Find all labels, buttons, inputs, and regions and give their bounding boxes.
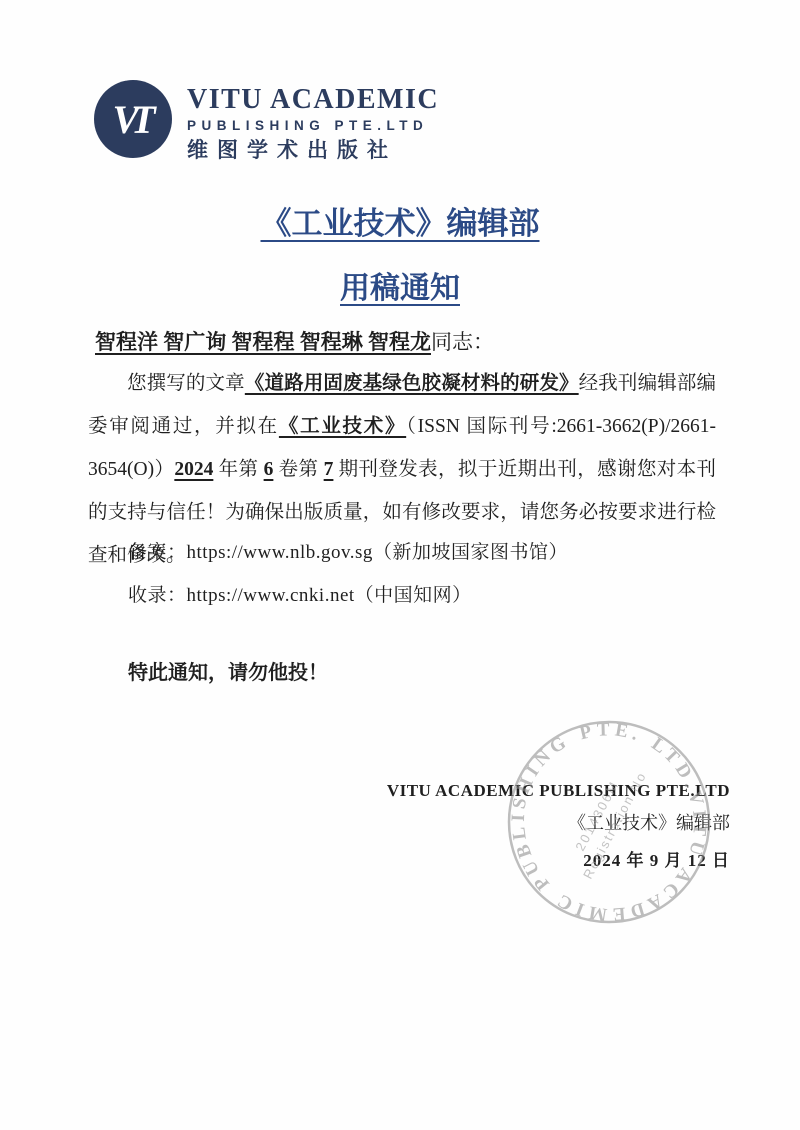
record-url: https://www.cnki.net xyxy=(187,585,355,606)
journal-name: 《工业技术》 xyxy=(279,416,406,437)
volume-number: 6 xyxy=(264,459,274,480)
letter-title-notice: 用稿通知 xyxy=(0,263,800,307)
para-run: 您撰写的文章 xyxy=(127,373,245,394)
article-title: 《道路用固废基绿色胶凝材料的研发》 xyxy=(245,373,579,394)
publisher-name-en: VITU ACADEMIC xyxy=(187,85,439,115)
para-run: 卷第 xyxy=(273,459,323,480)
archive-record-line: 备案：https://www.nlb.gov.sg（新加坡国家图书馆） xyxy=(128,537,568,564)
author-names: 智程洋 智广询 智程程 智程琳 智程龙 xyxy=(95,330,431,354)
record-url: https://www.nlb.gov.sg xyxy=(187,542,373,563)
vt-monogram-letters: VT xyxy=(112,96,147,143)
record-note: （新加坡国家图书馆） xyxy=(373,542,568,563)
publisher-logo-text: VITU ACADEMIC PUBLISHING PTE.LTD 维图学术出版社 xyxy=(187,80,439,163)
signature-date: 2024 年 9 月 12 日 xyxy=(387,850,730,872)
publisher-logo: VT VITU ACADEMIC PUBLISHING PTE.LTD 维图学术… xyxy=(94,80,439,163)
record-note: （中国知网） xyxy=(355,585,472,606)
publisher-name-cn: 维图学术出版社 xyxy=(187,137,439,163)
para-run: 年第 xyxy=(213,459,263,480)
salutation-line: 智程洋 智广询 智程程 智程琳 智程龙同志： xyxy=(95,326,494,356)
index-record-line: 收录：https://www.cnki.net（中国知网） xyxy=(128,580,472,607)
vt-monogram-icon: VT xyxy=(94,80,172,158)
signature-department: 《工业技术》编辑部 xyxy=(387,811,730,835)
publish-year: 2024 xyxy=(174,459,213,480)
letter-title-notice-text: 用稿通知 xyxy=(340,272,460,305)
record-label: 备案： xyxy=(128,542,187,563)
issue-number: 7 xyxy=(324,459,334,480)
letter-title-department-text: 《工业技术》编辑部 xyxy=(261,206,540,241)
record-label: 收录： xyxy=(128,585,187,606)
closing-statement: 特此通知，请勿他投！ xyxy=(128,656,328,685)
signature-block: VITU ACADEMIC PUBLISHING PTE.LTD 《工业技术》编… xyxy=(387,780,730,872)
acceptance-letter-page: VT VITU ACADEMIC PUBLISHING PTE.LTD 维图学术… xyxy=(0,0,800,1130)
salutation-suffix: 同志： xyxy=(431,330,494,354)
signature-company: VITU ACADEMIC PUBLISHING PTE.LTD xyxy=(387,780,730,801)
letter-title-department: 《工业技术》编辑部 xyxy=(0,198,800,243)
publisher-name-sub: PUBLISHING PTE.LTD xyxy=(187,116,439,135)
